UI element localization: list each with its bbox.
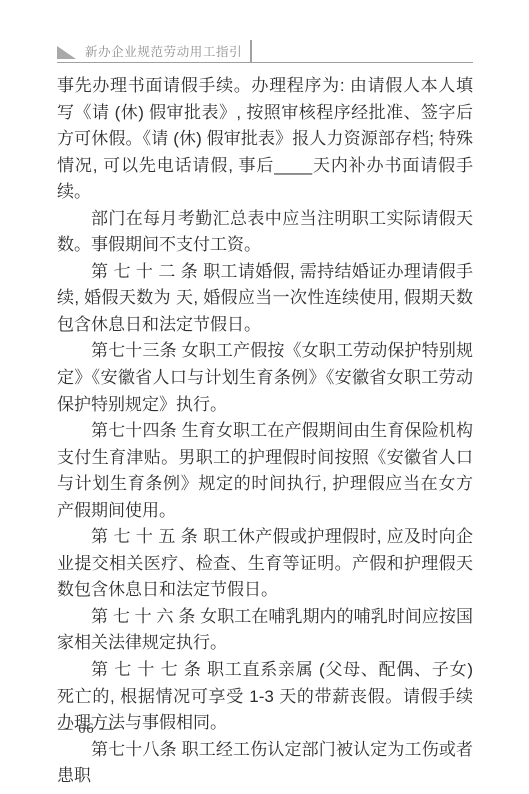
body-paragraph-article-73: 第七十三条 女职工产假按《女职工劳动保护特别规定》《安徽省人口与计划生育条例》《… (57, 338, 473, 418)
body-paragraph-article-72: 第 七 十 二 条 职工请婚假, 需持结婚证办理请假手续, 婚假天数为 天, 婚… (57, 259, 473, 339)
body-paragraph-article-75: 第 七 十 五 条 职工休产假或护理假时, 应及时向企业提交相关医疗、检查、生育… (57, 524, 473, 604)
running-header: 新办企业规范劳动用工指引 (57, 40, 473, 63)
header-divider-line (250, 40, 252, 62)
body-paragraph-article-76: 第 七 十 六 条 女职工在哺乳期内的哺乳时间应按国家相关法律规定执行。 (57, 604, 473, 657)
body-paragraph: 部门在每月考勤汇总表中应当注明职工实际请假天数。事假期间不支付工资。 (57, 206, 473, 259)
document-body: 事先办理书面请假手续。办理程序为: 由请假人本人填写《请 (休) 假审批表》, … (57, 73, 473, 790)
running-header-title: 新办企业规范劳动用工指引 (85, 43, 242, 59)
body-paragraph-article-74: 第七十四条 生育女职工在产假期间由生育保险机构支付生育津贴。男职工的护理假时间按… (57, 418, 473, 524)
lower-left-triangle-icon (57, 46, 76, 59)
body-paragraph-article-78: 第七十八条 职工经工伤认定部门被认定为工伤或者患职 (57, 737, 473, 790)
body-paragraph-article-77: 第 七 十 七 条 职工直系亲属 (父母、配偶、子女) 死亡的, 根据情况可享受… (57, 657, 473, 737)
page-number: — 66 — (58, 721, 115, 738)
document-page: 新办企业规范劳动用工指引 事先办理书面请假手续。办理程序为: 由请假人本人填写《… (0, 0, 529, 794)
body-paragraph: 事先办理书面请假手续。办理程序为: 由请假人本人填写《请 (休) 假审批表》, … (57, 73, 473, 206)
